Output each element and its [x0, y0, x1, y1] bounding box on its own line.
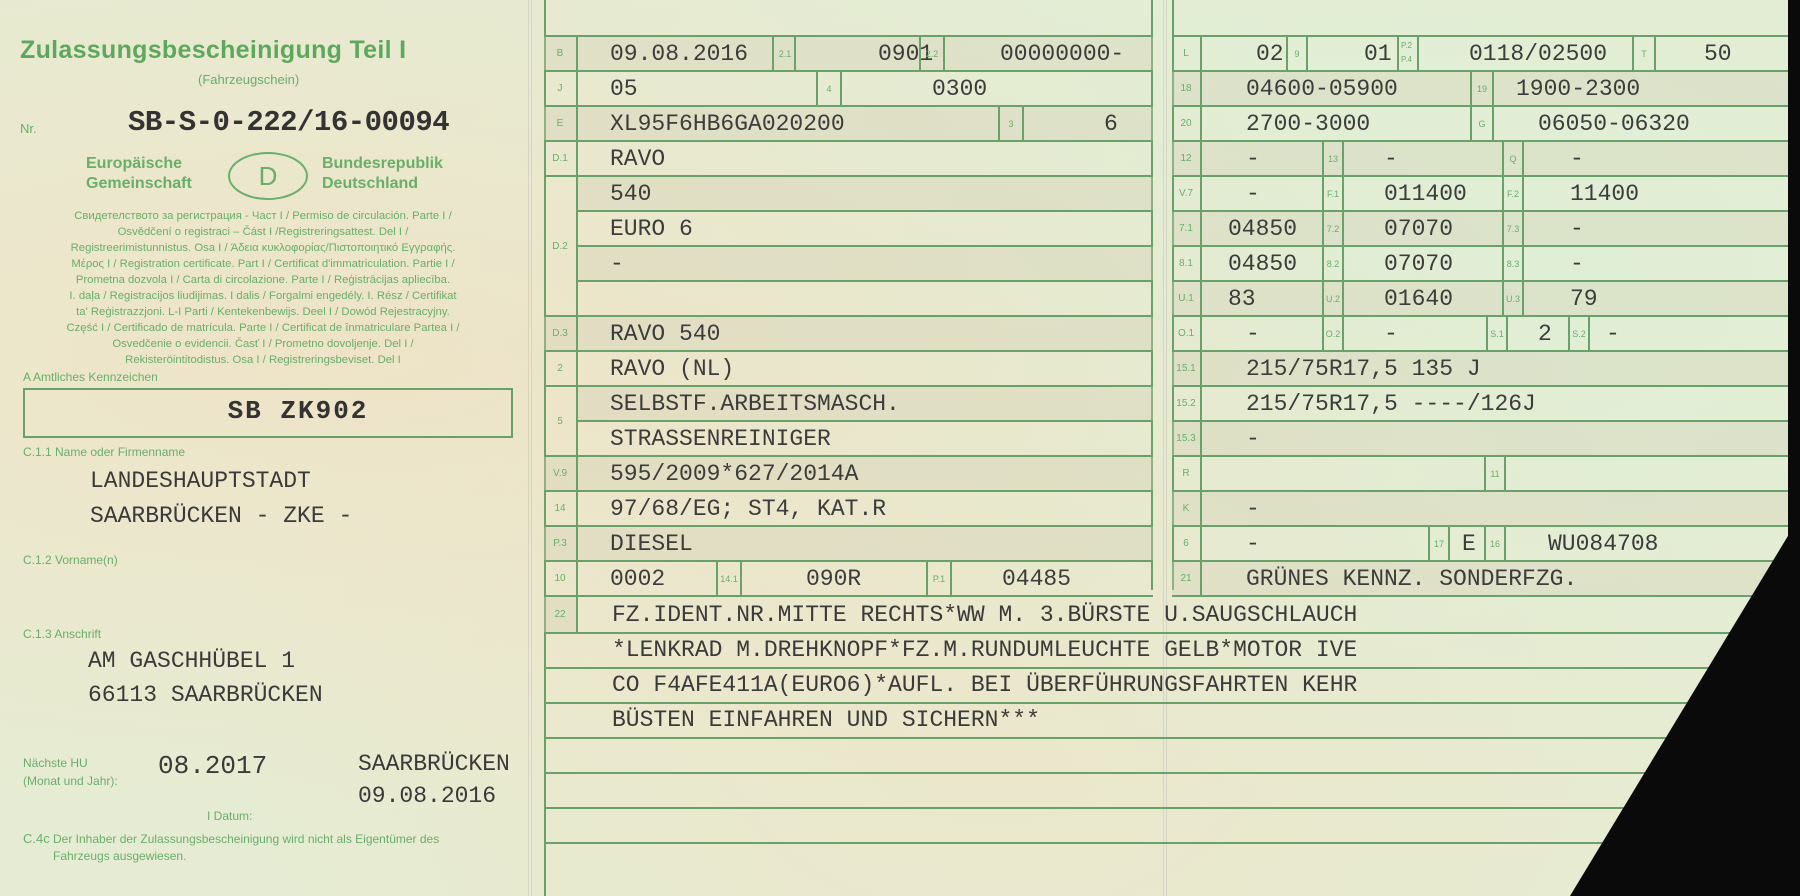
label-2: 2 — [544, 352, 578, 385]
label-d3: D.3 — [544, 317, 578, 350]
row-15-2: 15.2 215/75R17,5 ----/126J — [1172, 387, 1792, 422]
value-g: 06050-06320 — [1538, 111, 1690, 137]
scan-edge — [1788, 0, 1800, 896]
row-21: 21 GRÜNES KENNZ. SONDERFZG. — [1172, 562, 1792, 597]
cell-divider — [1342, 247, 1344, 280]
label-d2: D.2 — [544, 177, 578, 317]
row-14: 14 97/68/EG; ST4, KAT.R — [544, 492, 1153, 527]
label-12: 12 — [1172, 142, 1202, 175]
plate-label: A Amtliches Kennzeichen — [23, 370, 158, 384]
label-g: G — [1472, 107, 1492, 140]
grid-line — [544, 842, 1674, 844]
value-20: 2700-3000 — [1246, 111, 1370, 137]
label-8-1: 8.1 — [1172, 247, 1202, 280]
row-7-1: 7.1 04850 7.2 07070 7.3 - — [1172, 212, 1792, 247]
cell-divider — [1342, 142, 1344, 175]
label-20: 20 — [1172, 107, 1202, 140]
de-line-1: Bundesrepublik — [322, 154, 443, 174]
label-6: 6 — [1172, 527, 1202, 560]
label-s2: S.2 — [1570, 317, 1588, 350]
value-e: XL95F6HB6GA020200 — [610, 111, 845, 137]
label-u1: U.1 — [1172, 282, 1202, 315]
row-18: 18 04600-05900 19 1900-2300 — [1172, 72, 1792, 107]
value-k: - — [1246, 496, 1260, 522]
value-2-2: 00000000- — [1000, 41, 1124, 67]
value-p2-p4: 0118/02500 — [1469, 41, 1607, 67]
grid-line — [544, 772, 1714, 774]
value-f1: 011400 — [1384, 181, 1467, 207]
value-d1: RAVO — [610, 146, 665, 172]
germany-label: Bundesrepublik Deutschland — [322, 154, 443, 194]
row-15-1: 15.1 215/75R17,5 135 J — [1172, 352, 1792, 387]
cell-q: Q — [1502, 142, 1522, 175]
cell-divider — [1492, 72, 1494, 105]
multilingual-line: ta' Reġistrazzjoni. L-I Parti / Kenteken… — [8, 304, 518, 320]
multilingual-line: I. daļa / Registracijos liudijimas. I da… — [8, 288, 518, 304]
value-8-1: 04850 — [1228, 251, 1297, 277]
value-5-line: STRASSENREINIGER — [610, 426, 831, 452]
cell-divider — [1342, 317, 1344, 350]
multilingual-line: Osvědčení o registraci – Část I /Registr… — [8, 224, 518, 240]
registration-certificate: Zulassungsbescheinigung Teil I (Fahrzeug… — [0, 0, 1800, 896]
label-17: 17 — [1430, 527, 1448, 560]
cell-19: 19 — [1470, 72, 1492, 105]
cell-divider — [950, 562, 952, 595]
cell-16: 16 — [1484, 527, 1504, 560]
value-u1: 83 — [1228, 286, 1256, 312]
value-b: 09.08.2016 — [610, 41, 748, 67]
cell-divider — [1492, 107, 1494, 140]
label-21: 21 — [1172, 562, 1202, 595]
value-s1: 2 — [1538, 321, 1552, 347]
value-d2-line: EURO 6 — [610, 216, 693, 242]
eu-line-2: Gemeinschaft — [86, 174, 192, 194]
row-20: 20 2700-3000 G 06050-06320 — [1172, 107, 1792, 142]
label-5: 5 — [544, 387, 578, 457]
label-p4: P.4 — [1401, 55, 1412, 64]
multilingual-line: Część I / Certificado de matrícula. Part… — [8, 320, 518, 336]
cell-9: 9 — [1286, 37, 1306, 70]
document-title: Zulassungsbescheinigung Teil I — [20, 36, 406, 65]
value-15-2: 215/75R17,5 ----/126J — [1246, 391, 1536, 417]
value-18: 04600-05900 — [1246, 76, 1398, 102]
hu-label-2: (Monat und Jahr): — [23, 774, 118, 788]
multilingual-line: Prometna dozvola I / Carta di circolazio… — [8, 272, 518, 288]
remarks-line-2: *LENKRAD M.DREHKNOPF*FZ.M.RUNDUMLEUCHTE … — [612, 637, 1357, 663]
cell-13: 13 — [1322, 142, 1342, 175]
value-4: 0300 — [932, 76, 987, 102]
license-plate: SB ZK902 — [25, 396, 511, 426]
value-v9: 595/2009*627/2014A — [610, 461, 858, 487]
cell-divider — [1522, 212, 1524, 245]
value-17: E — [1462, 531, 1476, 557]
cell-divider — [840, 72, 842, 105]
label-15-1: 15.1 — [1172, 352, 1202, 385]
cell-divider — [1654, 37, 1656, 70]
cell-4: 4 — [816, 72, 840, 105]
row-10: 10 0002 14.1 090R P.1 04485 — [544, 562, 1153, 597]
c4c-text-line-1: Der Inhaber der Zulassungsbescheinigung … — [53, 832, 439, 846]
cell-o2: O.2 — [1322, 317, 1342, 350]
cell-divider — [1522, 142, 1524, 175]
hu-label-1: Nächste HU — [23, 756, 88, 770]
value-12: - — [1246, 146, 1260, 172]
cell-17: 17 — [1428, 527, 1448, 560]
cell-divider — [1522, 282, 1524, 315]
address-line-2: 66113 SAARBRÜCKEN — [88, 682, 323, 708]
number-label: Nr. — [20, 121, 37, 136]
label-14: 14 — [544, 492, 578, 525]
label-f1: F.1 — [1324, 177, 1342, 210]
row-r: R 11 — [1172, 457, 1792, 492]
label-7-2: 7.2 — [1324, 212, 1342, 245]
value-p1: 04485 — [1002, 566, 1071, 592]
cell-7-3: 7.3 — [1502, 212, 1522, 245]
value-p3: DIESEL — [610, 531, 693, 557]
row-5-1: SELBSTF.ARBEITSMASCH. — [578, 387, 1153, 422]
row-o1: O.1 - O.2 - S.1 2 S.2 - — [1172, 317, 1792, 352]
row-e: E XL95F6HB6GA020200 3 6 — [544, 107, 1153, 142]
first-name-label: C.1.2 Vorname(n) — [23, 553, 118, 567]
row-12: 12 - 13 - Q - — [1172, 142, 1792, 177]
label-u3: U.3 — [1504, 282, 1522, 315]
label-l: L — [1172, 37, 1202, 70]
value-f2: 11400 — [1570, 181, 1639, 207]
row-l: L 02 9 01 P.2P.4 0118/02500 T 50 — [1172, 37, 1792, 72]
cell-u2: U.2 — [1322, 282, 1342, 315]
label-15-3: 15.3 — [1172, 422, 1202, 455]
label-18: 18 — [1172, 72, 1202, 105]
row-d2-3: - — [578, 247, 1153, 282]
cell-divider — [1504, 457, 1506, 490]
cell-11: 11 — [1484, 457, 1504, 490]
value-15-1: 215/75R17,5 135 J — [1246, 356, 1481, 382]
label-v9: V.9 — [544, 457, 578, 490]
value-7-3: - — [1570, 216, 1584, 242]
row-d2-2: EURO 6 — [578, 212, 1153, 247]
cell-t: T — [1632, 37, 1654, 70]
value-d2-line: - — [610, 251, 624, 277]
value-8-3: - — [1570, 251, 1584, 277]
remarks-line-4: BÜSTEN EINFAHREN UND SICHERN*** — [612, 707, 1040, 733]
value-d2-line: 540 — [610, 181, 651, 207]
row-u1: U.1 83 U.2 01640 U.3 79 — [1172, 282, 1792, 317]
cell-8-2: 8.2 — [1322, 247, 1342, 280]
cell-g: G — [1470, 107, 1492, 140]
label-o1: O.1 — [1172, 317, 1202, 350]
cell-divider — [794, 37, 796, 70]
cell-u3: U.3 — [1502, 282, 1522, 315]
cell-divider — [1306, 37, 1308, 70]
cell-divider — [1342, 282, 1344, 315]
label-8-3: 8.3 — [1504, 247, 1522, 280]
grid-line — [544, 737, 1729, 739]
cell-s1: S.1 — [1486, 317, 1506, 350]
label-s1: S.1 — [1488, 317, 1506, 350]
cell-14-1: 14.1 — [716, 562, 740, 595]
c4c-code: C.4c — [23, 831, 50, 846]
owner-name-line-2: SAARBRÜCKEN - ZKE - — [90, 503, 352, 529]
cell-p1: P.1 — [926, 562, 950, 595]
label-j: J — [544, 72, 578, 105]
row-d3: D.3 RAVO 540 — [544, 317, 1153, 352]
value-u2: 01640 — [1384, 286, 1453, 312]
owner-name-line-1: LANDESHAUPTSTADT — [90, 468, 311, 494]
value-6: - — [1246, 531, 1260, 557]
label-u2: U.2 — [1324, 282, 1342, 315]
row-v7: V.7 - F.1 011400 F.2 11400 — [1172, 177, 1792, 212]
value-21: GRÜNES KENNZ. SONDERFZG. — [1246, 566, 1577, 592]
multilingual-line: Μέρος I / Registration certificate. Part… — [8, 256, 518, 272]
value-7-1: 04850 — [1228, 216, 1297, 242]
cell-7-2: 7.2 — [1322, 212, 1342, 245]
de-line-2: Deutschland — [322, 174, 443, 194]
multilingual-titles: Свидетелството за регистрация - Част I /… — [8, 208, 518, 368]
label-r: R — [1172, 457, 1202, 490]
value-o2: - — [1384, 321, 1398, 347]
label-v7: V.7 — [1172, 177, 1202, 210]
label-p2-p4: P.2P.4 — [1401, 39, 1412, 67]
row-k: K - — [1172, 492, 1792, 527]
issue-date: 09.08.2016 — [358, 783, 496, 809]
row-d1: D.1 RAVO — [544, 142, 1153, 177]
value-15-3: - — [1246, 426, 1260, 452]
cell-8-3: 8.3 — [1502, 247, 1522, 280]
cell-f2: F.2 — [1502, 177, 1522, 210]
multilingual-line: Rekisteröintitodistus. Osa I / Registrer… — [8, 352, 518, 368]
value-v7: - — [1246, 181, 1260, 207]
cell-divider — [943, 37, 945, 70]
issuer-place: SAARBRÜCKEN — [358, 751, 510, 777]
name-label: C.1.1 Name oder Firmenname — [23, 445, 185, 459]
value-19: 1900-2300 — [1516, 76, 1640, 102]
remarks-line-3: CO F4AFE411A(EURO6)*AUFL. BEI ÜBERFÜHRUN… — [612, 672, 1357, 698]
row-p3: P.3 DIESEL — [544, 527, 1153, 562]
value-o1: - — [1246, 321, 1260, 347]
cell-2-2: 2.2 — [919, 37, 943, 70]
cell-divider — [1522, 177, 1524, 210]
row-15-3: 15.3 - — [1172, 422, 1792, 457]
label-f2: F.2 — [1504, 177, 1522, 210]
cell-divider — [1342, 212, 1344, 245]
label-7-1: 7.1 — [1172, 212, 1202, 245]
c4c-text-line-2: Fahrzeugs ausgewiesen. — [53, 849, 186, 863]
fold-line — [528, 0, 532, 896]
grid-line — [544, 807, 1694, 809]
label-3: 3 — [1000, 107, 1022, 140]
label-16: 16 — [1486, 527, 1504, 560]
multilingual-line: Свидетелството за регистрация - Част I /… — [8, 208, 518, 224]
label-22: 22 — [544, 597, 578, 632]
value-14-1: 090R — [806, 566, 861, 592]
row-d2-1: 540 — [578, 177, 1153, 212]
value-j: 05 — [610, 76, 638, 102]
label-13: 13 — [1324, 142, 1342, 175]
value-t: 50 — [1704, 41, 1732, 67]
label-k: K — [1172, 492, 1202, 525]
grid-line — [544, 702, 1744, 704]
value-3: 6 — [1104, 111, 1118, 137]
document-subtitle: (Fahrzeugschein) — [198, 72, 299, 87]
eu-line-1: Europäische — [86, 154, 192, 174]
plate-box: SB ZK902 — [23, 388, 513, 438]
label-19: 19 — [1472, 72, 1492, 105]
cell-divider — [1417, 37, 1419, 70]
grid-line — [544, 667, 1759, 669]
label-2-1: 2.1 — [774, 37, 796, 70]
cell-divider — [740, 562, 742, 595]
cell-divider — [1522, 247, 1524, 280]
row-v9: V.9 595/2009*627/2014A — [544, 457, 1153, 492]
label-p3: P.3 — [544, 527, 578, 560]
cell-divider — [1588, 317, 1590, 350]
label-d1: D.1 — [544, 142, 578, 175]
label-7-3: 7.3 — [1504, 212, 1522, 245]
label-q: Q — [1504, 142, 1522, 175]
label-t: T — [1634, 37, 1654, 70]
label-o2: O.2 — [1324, 317, 1342, 350]
document-number: SB-S-0-222/16-00094 — [128, 106, 449, 139]
label-10: 10 — [544, 562, 578, 595]
row-8-1: 8.1 04850 8.2 07070 8.3 - — [1172, 247, 1792, 282]
address-line-1: AM GASCHHÜBEL 1 — [88, 648, 295, 674]
grid-line — [544, 632, 1774, 634]
cell-divider — [1448, 527, 1450, 560]
value-q: - — [1570, 146, 1584, 172]
middle-grid: B 09.08.2016 2.1 0901 2.2 00000000- J 05… — [544, 37, 1153, 592]
cell-s2: S.2 — [1568, 317, 1588, 350]
label-14-1: 14.1 — [718, 562, 740, 595]
value-5-line: SELBSTF.ARBEITSMASCH. — [610, 391, 900, 417]
label-11: 11 — [1486, 457, 1504, 490]
value-8-2: 07070 — [1384, 251, 1453, 277]
label-4: 4 — [818, 72, 840, 105]
label-2-2: 2.2 — [921, 37, 943, 70]
value-s2: - — [1606, 321, 1620, 347]
label-p2: P.2 — [1401, 41, 1412, 50]
value-2: RAVO (NL) — [610, 356, 734, 382]
value-7-2: 07070 — [1384, 216, 1453, 242]
cell-p2-p4: P.2P.4 — [1397, 37, 1417, 70]
value-13: - — [1384, 146, 1398, 172]
cell-3: 3 — [998, 107, 1022, 140]
date-label: I Datum: — [207, 809, 252, 823]
remarks-line-1: FZ.IDENT.NR.MITTE RECHTS*WW M. 3.BÜRSTE … — [612, 602, 1357, 628]
multilingual-line: Osvedčenie o evidencii. Časť I / Prometn… — [8, 336, 518, 352]
cell-divider — [1506, 317, 1508, 350]
row-6: 6 - 17 E 16 WU084708 — [1172, 527, 1792, 562]
eu-label: Europäische Gemeinschaft — [86, 154, 192, 194]
value-14: 97/68/EG; ST4, KAT.R — [610, 496, 886, 522]
row-b: B 09.08.2016 2.1 0901 2.2 00000000- — [544, 37, 1153, 72]
value-9: 01 — [1364, 41, 1392, 67]
value-10: 0002 — [610, 566, 665, 592]
address-label: C.1.3 Anschrift — [23, 627, 101, 641]
label-p1: P.1 — [928, 562, 950, 595]
label-b: B — [544, 37, 578, 70]
right-grid: L 02 9 01 P.2P.4 0118/02500 T 50 18 0460… — [1172, 37, 1792, 592]
cell-divider — [1504, 527, 1506, 560]
cell-2-1: 2.1 — [772, 37, 796, 70]
label-e: E — [544, 107, 578, 140]
value-l: 02 — [1256, 41, 1284, 67]
country-code-oval-icon: D — [228, 152, 308, 200]
row-5-2: STRASSENREINIGER — [578, 422, 1153, 457]
label-9: 9 — [1288, 37, 1306, 70]
value-16: WU084708 — [1548, 531, 1658, 557]
row-j: J 05 4 0300 — [544, 72, 1153, 107]
value-u3: 79 — [1570, 286, 1598, 312]
next-inspection-date: 08.2017 — [158, 751, 267, 781]
row-d2-4 — [578, 282, 1153, 317]
cell-f1: F.1 — [1322, 177, 1342, 210]
value-d3: RAVO 540 — [610, 321, 720, 347]
multilingual-line: Registreerimistunnistus. Osa I / Άδεια κ… — [8, 240, 518, 256]
label-8-2: 8.2 — [1324, 247, 1342, 280]
label-15-2: 15.2 — [1172, 387, 1202, 420]
row-2: 2 RAVO (NL) — [544, 352, 1153, 387]
fold-line — [1163, 0, 1167, 896]
cell-divider — [1022, 107, 1024, 140]
cell-divider — [1342, 177, 1344, 210]
